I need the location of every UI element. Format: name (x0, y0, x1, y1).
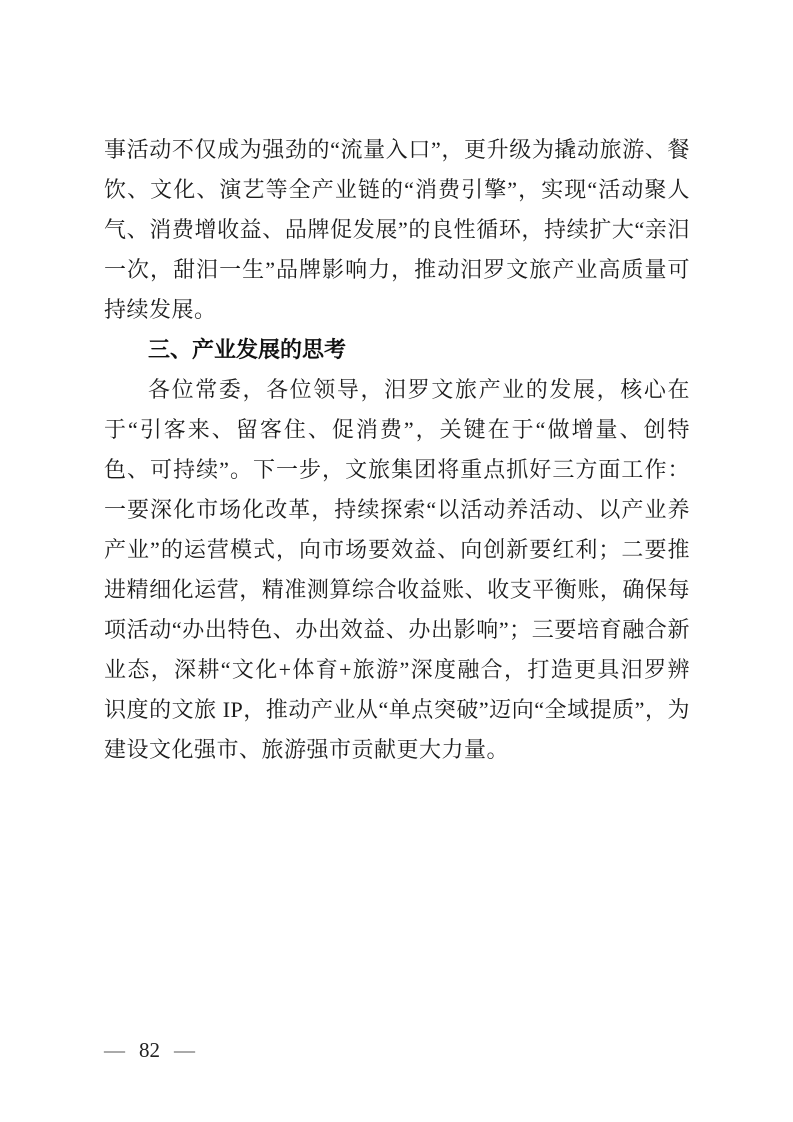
page-number: 82 (139, 1038, 160, 1062)
paragraph-continuation: 事活动不仅成为强劲的“流量入口”，更升级为撬动旅游、餐饮、文化、演艺等全产业链的… (104, 130, 690, 330)
section-heading: 三、产业发展的思考 (104, 330, 690, 370)
footer-dash-left: — (104, 1038, 125, 1062)
page-footer: — 82 — (104, 1038, 195, 1062)
page-content: 事活动不仅成为强劲的“流量入口”，更升级为撬动旅游、餐饮、文化、演艺等全产业链的… (104, 130, 690, 770)
footer-dash-right: — (174, 1038, 195, 1062)
paragraph-body: 各位常委，各位领导，汨罗文旅产业的发展，核心在于“引客来、留客住、促消费”，关键… (104, 370, 690, 770)
document-page: 事活动不仅成为强劲的“流量入口”，更升级为撬动旅游、餐饮、文化、演艺等全产业链的… (0, 0, 793, 1122)
